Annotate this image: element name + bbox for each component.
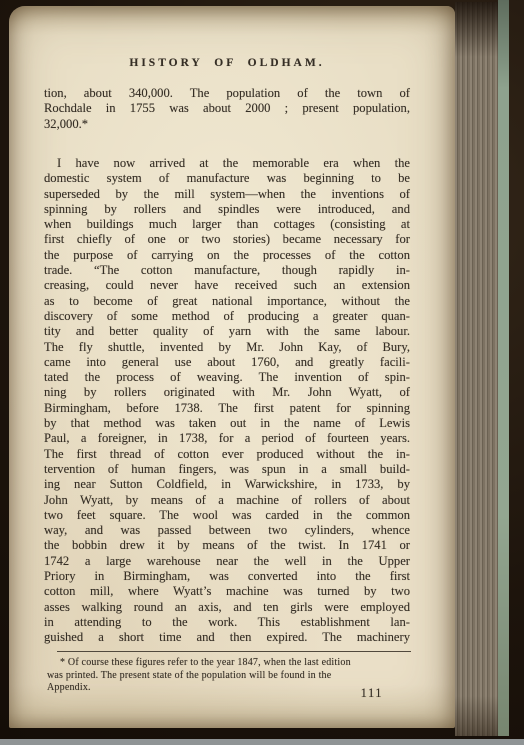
- text-line: came into general use about 1760, and gr…: [44, 355, 410, 370]
- text-line: two feet square. The wool was carded in …: [44, 508, 410, 523]
- text-line: tated the process of weaving. The invent…: [44, 370, 410, 385]
- text-line: John Wyatt, by means of a machine of rol…: [44, 493, 410, 508]
- text-line: the purpose of carrying on the processes…: [44, 248, 410, 263]
- text-line: The fly shuttle, invented by Mr. John Ka…: [44, 340, 410, 355]
- paragraph-main: I have now arrived at the memorable era …: [44, 156, 410, 646]
- text-line: cotton mill, where Wyatt’s machine was t…: [44, 584, 410, 599]
- paragraph-continuation: tion, about 340,000. The population of t…: [44, 86, 410, 132]
- text-line: Priory in Birmingham, was converted into…: [44, 569, 410, 584]
- text-line: I have now arrived at the memorable era …: [44, 156, 410, 171]
- text-line: ing near Sutton Coldfield, in Warwickshi…: [44, 477, 410, 492]
- text-line: Rochdale in 1755 was about 2000 ; presen…: [44, 101, 410, 116]
- text-line: creasing, could never have received such…: [44, 278, 410, 293]
- text-line: 32,000.*: [44, 117, 410, 132]
- text-line: 1742 a large warehouse near the well in …: [44, 554, 410, 569]
- text-line: tervention of human fingers, was spun in…: [44, 462, 410, 477]
- text-line: spinning by rollers and spindles were in…: [44, 202, 410, 217]
- text-line: guished a short time and then expired. T…: [44, 630, 410, 645]
- text-line: as to become of great national importanc…: [44, 294, 410, 309]
- text-line: tion, about 340,000. The population of t…: [44, 86, 410, 101]
- text-line: trade. “The cotton manufacture, though r…: [44, 263, 410, 278]
- running-header: HISTORY OF OLDHAM.: [44, 56, 410, 70]
- text-line: * Of course these figures refer to the y…: [47, 657, 429, 670]
- text-line: Birmingham, before 1738. The first paten…: [44, 401, 410, 416]
- text-line: first chiefly of one or two stories) bec…: [44, 232, 410, 247]
- text-line: domestic system of manufacture was begin…: [44, 171, 410, 186]
- text-line: Paul, a foreigner, in 1738, for a period…: [44, 431, 410, 446]
- text-line: the bobbin drew it by means of the twist…: [44, 538, 410, 553]
- text-line: superseded by the mill system—when the i…: [44, 187, 410, 202]
- cover-inner-band: [498, 0, 509, 736]
- text-line: tity and better quality of yarn with the…: [44, 324, 410, 339]
- text-line: in attending to the work. This establish…: [44, 615, 410, 630]
- book-page: HISTORY OF OLDHAM. tion, about 340,000. …: [9, 6, 455, 728]
- text-line: way, and was passed between two cylinder…: [44, 523, 410, 538]
- page-number: 111: [44, 686, 383, 701]
- text-line: discovery of some method of producing a …: [44, 309, 410, 324]
- text-line: The first thread of cotton ever produced…: [44, 447, 410, 462]
- text-line: by that method was taken out in the name…: [44, 416, 410, 431]
- book-scan-photo: HISTORY OF OLDHAM. tion, about 340,000. …: [0, 0, 524, 745]
- text-line: asses walking round an axis, and ten gir…: [44, 600, 410, 615]
- footnote-divider: [57, 651, 411, 652]
- page-edges-stack: [455, 2, 498, 736]
- text-line: ning by rollers originated with Mr. John…: [44, 385, 410, 400]
- text-line: when buildings much larger than cottages…: [44, 217, 410, 232]
- text-line: was printed. The present state of the po…: [47, 670, 429, 683]
